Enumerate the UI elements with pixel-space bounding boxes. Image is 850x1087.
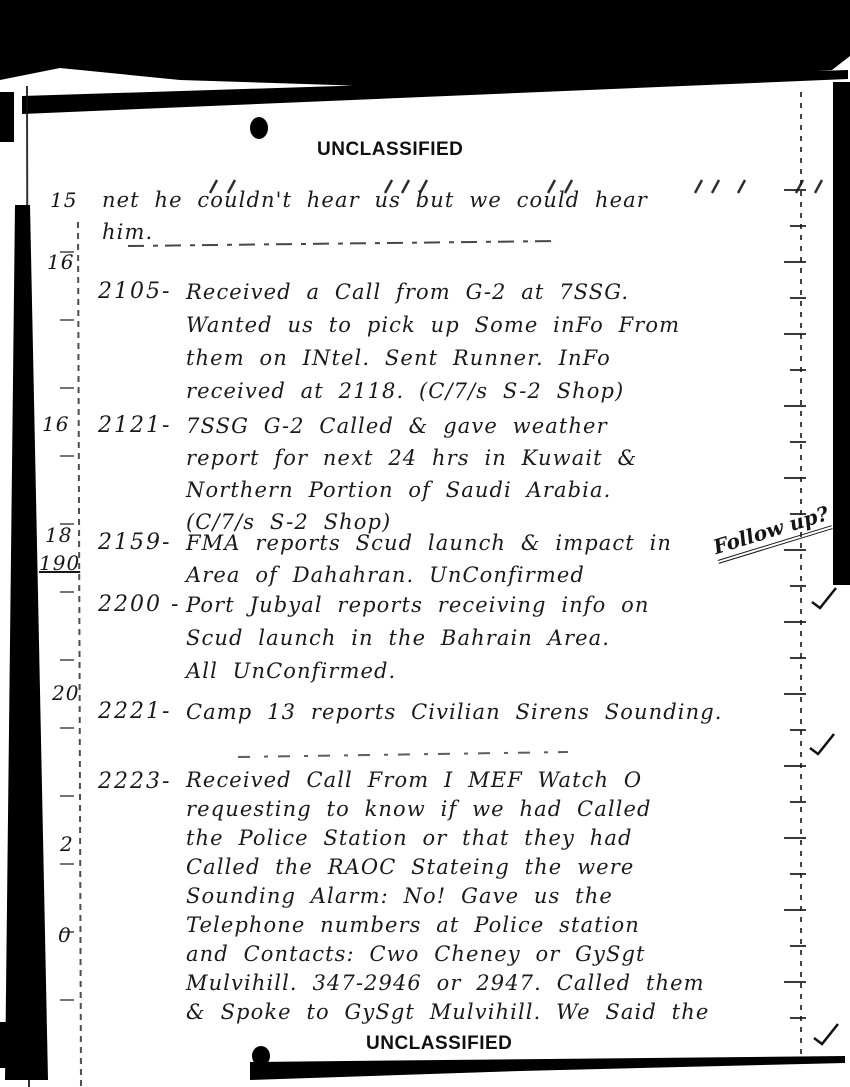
entry-line: Mulvihill. 347-2946 or 2947. Called them <box>186 969 709 998</box>
scan-artifact-bottom-wedge <box>250 1056 845 1080</box>
scan-artifact-right-bar <box>833 82 850 585</box>
entry-line: FMA reports Scud launch & impact in <box>186 527 672 559</box>
ruled-margin-line <box>78 222 81 1087</box>
classification-banner-bottom: UNCLASSIFIED <box>366 1033 512 1055</box>
hole-punch-icon-bottom <box>252 1046 270 1066</box>
left-margin-dashes <box>60 252 74 1000</box>
entry-line: Scud launch in the Bahrain Area. <box>186 622 650 655</box>
entry-line: 7SSG G-2 Called & gave weather <box>186 410 637 442</box>
scan-artifact-top-strip <box>22 70 848 114</box>
entry-line: Received a Call from G-2 at 7SSG. <box>186 276 680 309</box>
right-edge-ticks <box>784 190 806 1018</box>
entry-line: them on INtel. Sent Runner. InFo <box>186 342 680 375</box>
page-edge-line-left <box>27 86 29 1087</box>
hole-punch-icon-top <box>250 117 268 139</box>
margin-number: 0 <box>58 923 72 947</box>
log-entry: 2221- Camp 13 reports Civilian Sirens So… <box>98 696 723 728</box>
scan-artifact-top-band <box>0 0 850 88</box>
entry-line: & Spoke to GySgt Mulvihill. We Said the <box>186 998 709 1027</box>
scanned-log-page: UNCLASSIFIED 15 16 16 18 190 20 2 0 net … <box>0 0 850 1087</box>
entry-line: Wanted us to pick up Some inFo From <box>186 309 680 342</box>
log-entry: net he couldn't hear us but we could hea… <box>98 184 648 248</box>
entry-line: Camp 13 reports Civilian Sirens Sounding… <box>186 696 723 728</box>
entry-line: Called the RAOC Stateing the were <box>186 853 709 882</box>
entry-time: 2223- <box>98 766 186 1027</box>
entry-line: him. <box>102 216 648 248</box>
scan-artifact-bottom-left <box>0 1022 16 1068</box>
entry-line: Northern Portion of Saudi Arabia. <box>186 474 637 506</box>
entry-line: Received Call From I MEF Watch O <box>186 766 709 795</box>
entry-line: Area of Dahahran. UnConfirmed <box>186 559 672 591</box>
entry-line: All UnConfirmed. <box>186 655 650 688</box>
margin-number: 16 <box>47 250 74 274</box>
scan-artifact-left-small <box>0 92 14 142</box>
scan-artifact-left-wedge <box>5 205 48 1080</box>
entry-line: net he couldn't hear us but we could hea… <box>102 184 648 216</box>
entry-line: Port Jubyal reports receiving info on <box>186 589 650 622</box>
followup-annotation: Follow up? <box>710 501 833 564</box>
margin-number: 18 <box>45 523 72 547</box>
entry-line: the Police Station or that they had <box>186 824 709 853</box>
entry-line: Sounding Alarm: No! Gave us the <box>186 882 709 911</box>
log-entry: 2159- FMA reports Scud launch & impact i… <box>98 527 672 591</box>
log-entry: 2223- Received Call From I MEF Watch O r… <box>98 766 709 1027</box>
margin-number: 20 <box>52 681 79 705</box>
log-entry: 2105- Received a Call from G-2 at 7SSG. … <box>98 276 680 408</box>
checkmark-icon <box>810 734 834 754</box>
log-entry: 2200 - Port Jubyal reports receiving inf… <box>98 589 650 688</box>
entry-line: requesting to know if we had Called <box>186 795 709 824</box>
entry-time: 2221- <box>98 696 186 728</box>
margin-number: 15 <box>50 188 77 212</box>
entry-line: and Contacts: Cwo Cheney or GySgt <box>186 940 709 969</box>
checkmark-icon <box>814 1024 838 1044</box>
classification-banner-top: UNCLASSIFIED <box>317 139 463 161</box>
margin-number: 2 <box>60 832 74 856</box>
margin-number: 190 <box>39 551 80 575</box>
entry-line: report for next 24 hrs in Kuwait & <box>186 442 637 474</box>
entry-time: 2200 - <box>98 589 186 688</box>
entry-line: Telephone numbers at Police station <box>186 911 709 940</box>
entry-time: 2121- <box>98 410 186 538</box>
entry-line: received at 2118. (C/7/s S-2 Shop) <box>186 375 680 408</box>
checkmark-icon <box>812 588 836 608</box>
entry-time: 2159- <box>98 527 186 591</box>
entry-time: 2105- <box>98 276 186 408</box>
pen-dashed-rule-2 <box>238 752 568 757</box>
log-entry: 2121- 7SSG G-2 Called & gave weather rep… <box>98 410 637 538</box>
margin-number: 16 <box>42 412 69 436</box>
